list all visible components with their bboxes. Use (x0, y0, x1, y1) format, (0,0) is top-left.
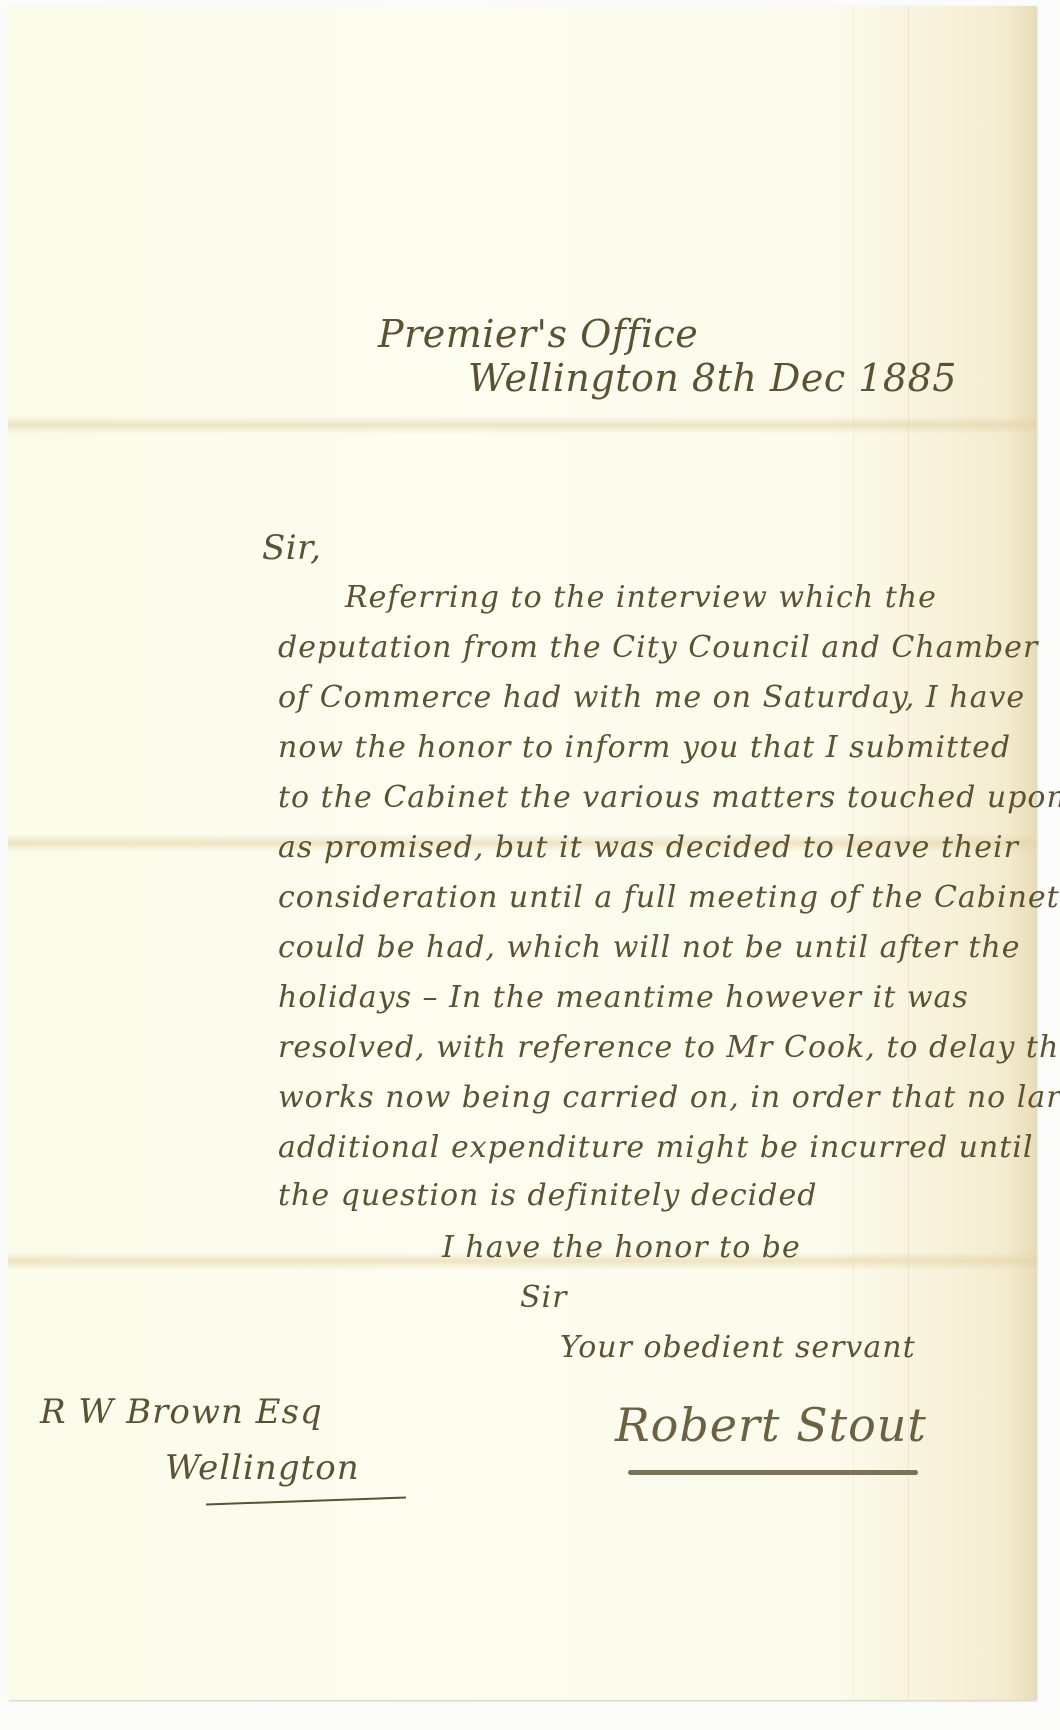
body-line: resolved, with reference to Mr Cook, to … (278, 1030, 1060, 1065)
body-line: of Commerce had with me on Saturday, I h… (278, 680, 1025, 715)
closing-line: Your obedient servant (560, 1330, 916, 1365)
letter-office: Premier's Office (378, 312, 698, 356)
body-line: as promised, but it was decided to leave… (278, 830, 1019, 865)
closing-line: Sir (520, 1280, 568, 1315)
letter-place-date: Wellington 8th Dec 1885 (468, 356, 957, 400)
body-line: additional expenditure might be incurred… (278, 1130, 1033, 1165)
letter-salutation: Sir, (262, 528, 322, 568)
scanned-letter: Premier's Office Wellington 8th Dec 1885… (0, 0, 1060, 1730)
addressee-place: Wellington (165, 1448, 360, 1488)
fold-crease (8, 416, 1036, 434)
addressee-name: R W Brown Esq (40, 1392, 323, 1432)
signature: Robert Stout (615, 1398, 927, 1452)
closing-line: I have the honor to be (442, 1230, 801, 1265)
body-line: Referring to the interview which the (345, 580, 937, 615)
body-line: deputation from the City Council and Cha… (278, 630, 1038, 665)
body-line: to the Cabinet the various matters touch… (278, 780, 1060, 815)
body-line: now the honor to inform you that I submi… (278, 730, 1011, 765)
body-line: consideration until a full meeting of th… (278, 880, 1060, 915)
body-line: the question is definitely decided (278, 1178, 817, 1213)
body-line: works now being carried on, in order tha… (278, 1080, 1060, 1115)
signature-flourish (628, 1470, 918, 1475)
body-line: could be had, which will not be until af… (278, 930, 1020, 965)
body-line: holidays – In the meantime however it wa… (278, 980, 969, 1015)
